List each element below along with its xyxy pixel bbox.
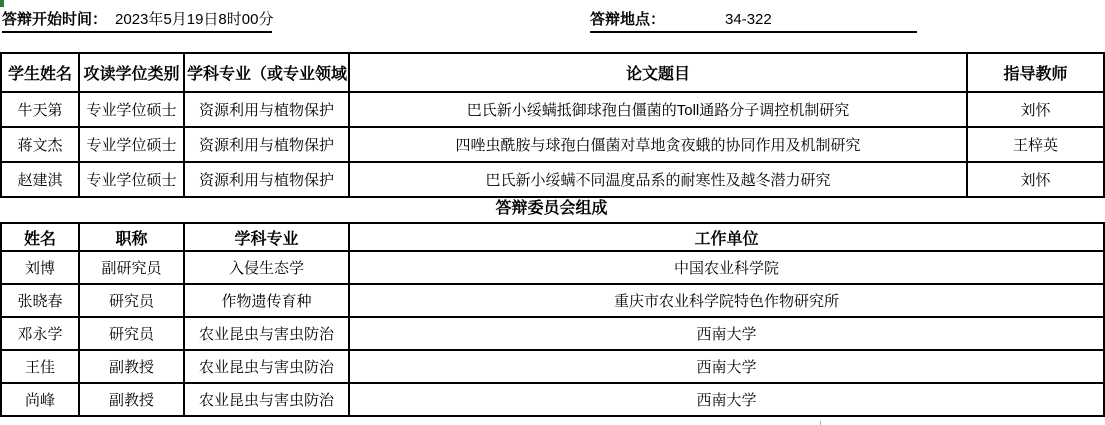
member-unit-cell: 中国农业科学院 <box>349 251 1104 284</box>
table-row: 张晓春 研究员 作物遗传育种 重庆市农业科学院特色作物研究所 <box>1 284 1104 317</box>
table-row: 尚峰 副教授 农业昆虫与害虫防治 西南大学 <box>1 383 1104 416</box>
committee-section-title: 答辩委员会组成 <box>0 197 1103 221</box>
col-header-student-name: 学生姓名 <box>1 53 79 92</box>
member-title-cell: 副教授 <box>79 350 184 383</box>
member-major-cell: 入侵生态学 <box>184 251 349 284</box>
advisor-cell: 刘怀 <box>967 162 1104 197</box>
table-row: 刘博 副研究员 入侵生态学 中国农业科学院 <box>1 251 1104 284</box>
col-header-degree-type: 攻读学位类别 <box>79 53 184 92</box>
member-name-cell: 刘博 <box>1 251 79 284</box>
defense-location-field: 答辩地点：34-322 <box>590 9 917 33</box>
partial-gridline <box>820 421 821 425</box>
member-unit-cell: 西南大学 <box>349 350 1104 383</box>
member-name-cell: 王佳 <box>1 350 79 383</box>
col-header-major: 学科专业（或专业领域） <box>184 53 349 92</box>
defense-start-time-field: 答辩开始时间：2023年5月19日8时00分 <box>2 9 272 33</box>
committee-table: 姓名 职称 学科专业 工作单位 刘博 副研究员 入侵生态学 中国农业科学院 张晓… <box>0 222 1105 417</box>
table-row: 牛天第 专业学位硕士 资源利用与植物保护 巴氏新小绥螨抵御球孢白僵菌的Toll通… <box>1 92 1104 127</box>
col-header-advisor: 指导教师 <box>967 53 1104 92</box>
member-major-cell: 作物遗传育种 <box>184 284 349 317</box>
member-name-cell: 邓永学 <box>1 317 79 350</box>
major-cell: 资源利用与植物保护 <box>184 92 349 127</box>
table-row: 邓永学 研究员 农业昆虫与害虫防治 西南大学 <box>1 317 1104 350</box>
defense-location-label: 答辩地点： <box>590 11 665 28</box>
table-row: 赵建淇 专业学位硕士 资源利用与植物保护 巴氏新小绥螨不同温度品系的耐寒性及越冬… <box>1 162 1104 197</box>
advisor-cell: 刘怀 <box>967 92 1104 127</box>
member-unit-cell: 西南大学 <box>349 383 1104 416</box>
thesis-cell: 巴氏新小绥螨抵御球孢白僵菌的Toll通路分子调控机制研究 <box>349 92 967 127</box>
degree-cell: 专业学位硕士 <box>79 162 184 197</box>
member-title-cell: 副研究员 <box>79 251 184 284</box>
col-header-work-unit: 工作单位 <box>349 223 1104 251</box>
student-name-cell: 蒋文杰 <box>1 127 79 162</box>
member-unit-cell: 重庆市农业科学院特色作物研究所 <box>349 284 1104 317</box>
table-row: 王佳 副教授 农业昆虫与害虫防治 西南大学 <box>1 350 1104 383</box>
defense-location-value: 34-322 <box>725 11 772 28</box>
thesis-cell: 四唑虫酰胺与球孢白僵菌对草地贪夜蛾的协同作用及机制研究 <box>349 127 967 162</box>
degree-cell: 专业学位硕士 <box>79 92 184 127</box>
degree-cell: 专业学位硕士 <box>79 127 184 162</box>
col-header-name: 姓名 <box>1 223 79 251</box>
member-major-cell: 农业昆虫与害虫防治 <box>184 350 349 383</box>
advisor-cell: 王梓英 <box>967 127 1104 162</box>
green-corner-marker <box>0 0 4 7</box>
defense-start-time-value: 2023年5月19日8时00分 <box>115 11 273 28</box>
member-title-cell: 研究员 <box>79 317 184 350</box>
student-name-cell: 赵建淇 <box>1 162 79 197</box>
thesis-cell: 巴氏新小绥螨不同温度品系的耐寒性及越冬潜力研究 <box>349 162 967 197</box>
member-name-cell: 尚峰 <box>1 383 79 416</box>
member-major-cell: 农业昆虫与害虫防治 <box>184 317 349 350</box>
col-header-thesis-title: 论文题目 <box>349 53 967 92</box>
student-name-cell: 牛天第 <box>1 92 79 127</box>
defense-start-time-label: 答辩开始时间： <box>2 11 107 28</box>
member-title-cell: 研究员 <box>79 284 184 317</box>
students-table: 学生姓名 攻读学位类别 学科专业（或专业领域） 论文题目 指导教师 牛天第 专业… <box>0 52 1105 198</box>
col-header-job-title: 职称 <box>79 223 184 251</box>
students-header-row: 学生姓名 攻读学位类别 学科专业（或专业领域） 论文题目 指导教师 <box>1 53 1104 92</box>
member-major-cell: 农业昆虫与害虫防治 <box>184 383 349 416</box>
member-title-cell: 副教授 <box>79 383 184 416</box>
major-cell: 资源利用与植物保护 <box>184 127 349 162</box>
member-name-cell: 张晓春 <box>1 284 79 317</box>
table-row: 蒋文杰 专业学位硕士 资源利用与植物保护 四唑虫酰胺与球孢白僵菌对草地贪夜蛾的协… <box>1 127 1104 162</box>
major-cell: 资源利用与植物保护 <box>184 162 349 197</box>
committee-header-row: 姓名 职称 学科专业 工作单位 <box>1 223 1104 251</box>
member-unit-cell: 西南大学 <box>349 317 1104 350</box>
col-header-discipline: 学科专业 <box>184 223 349 251</box>
